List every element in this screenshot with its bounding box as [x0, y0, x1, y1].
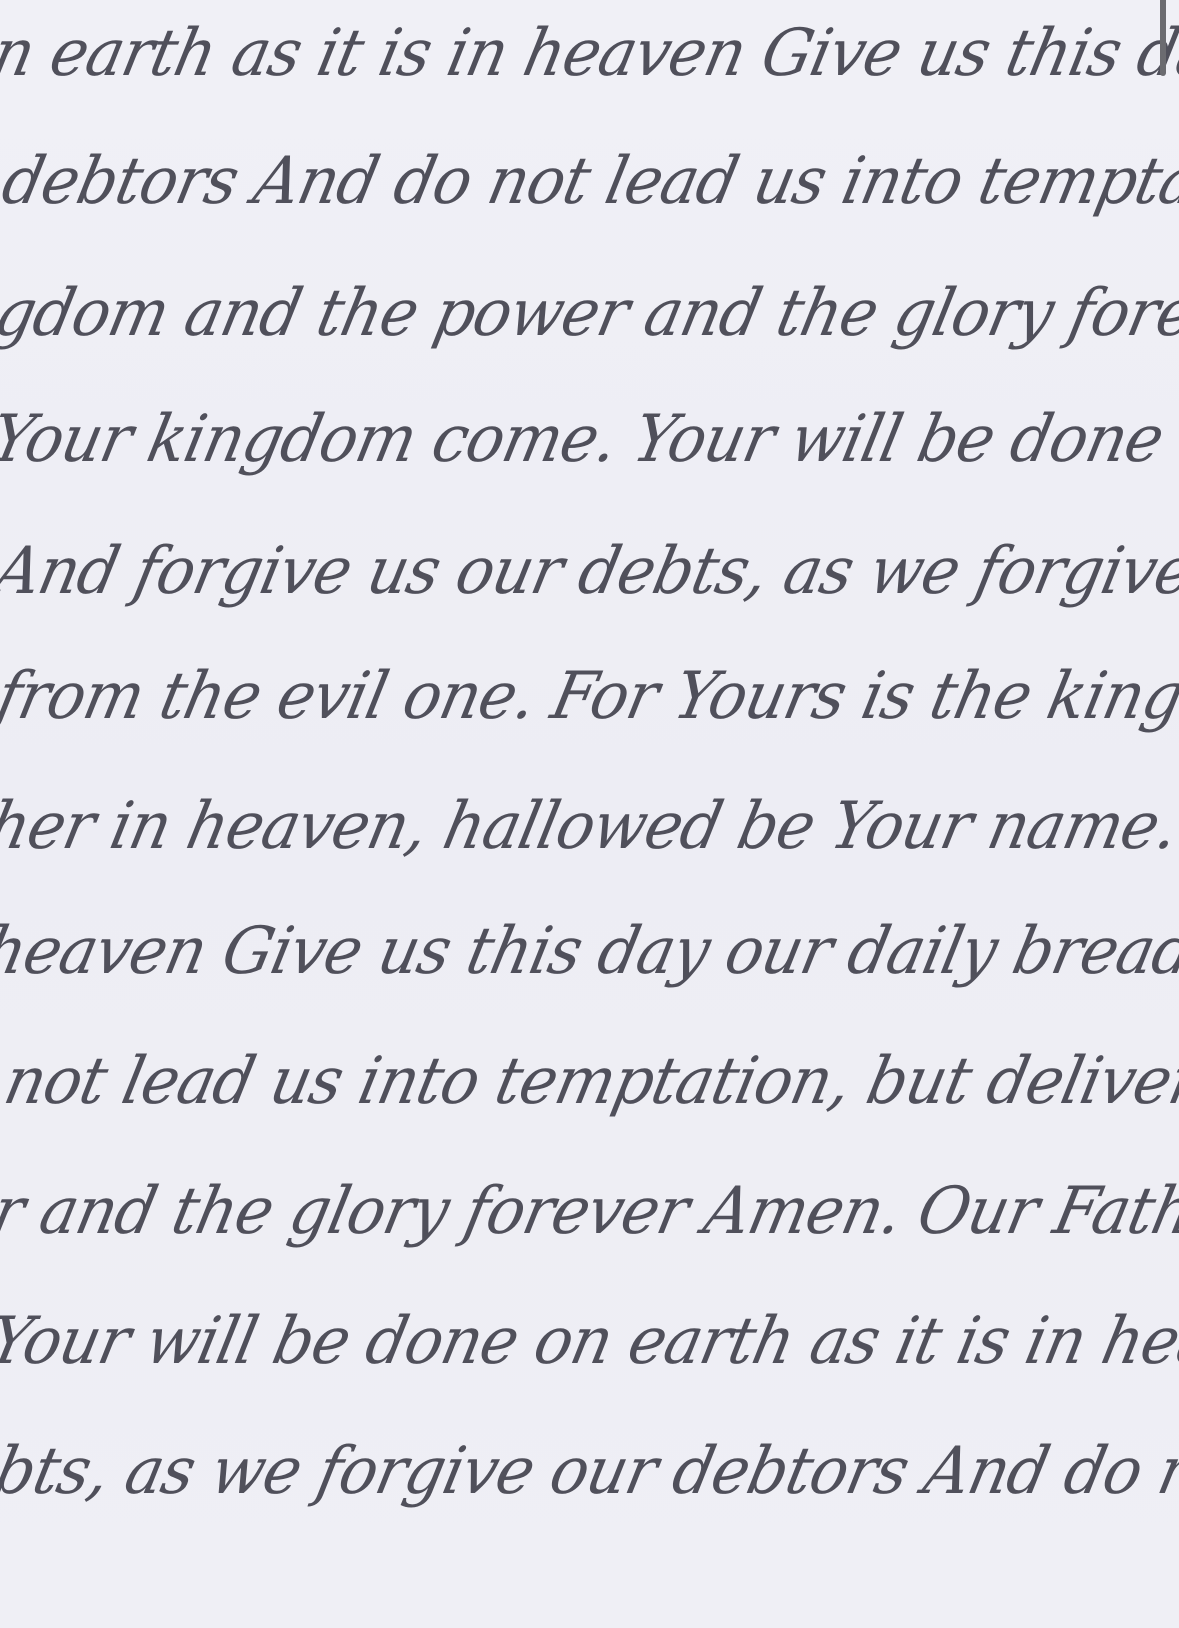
script-line-12: bts, as we forgive our debtors And do no…	[0, 1438, 1179, 1503]
script-line-1: n earth as it is in heaven Give us this …	[0, 20, 1179, 85]
script-line-6: from the evil one. For Yours is the king…	[0, 663, 1179, 728]
scrollbar-thumb[interactable]	[1160, 0, 1166, 76]
script-line-3: gdom and the power and the glory forever…	[0, 280, 1179, 345]
script-line-4: Your kingdom come. Your will be done on …	[0, 406, 1179, 471]
script-line-5: And forgive us our debts, as we forgive …	[0, 538, 1179, 603]
script-line-10: r and the glory forever Amen. Our Father…	[0, 1178, 1179, 1243]
script-line-8: heaven Give us this day our daily bread …	[0, 918, 1179, 983]
script-line-7: her in heaven, hallowed be Your name. Yo…	[0, 793, 1179, 858]
script-line-9: not lead us into temptation, but deliver…	[0, 1048, 1179, 1113]
script-line-11: Your will be done on earth as it is in h…	[0, 1308, 1179, 1373]
handwritten-paper-background: n earth as it is in heaven Give us this …	[0, 0, 1179, 1628]
vertical-scrollbar[interactable]	[1157, 0, 1179, 1628]
script-line-2: debtors And do not lead us into temptati…	[0, 148, 1179, 213]
